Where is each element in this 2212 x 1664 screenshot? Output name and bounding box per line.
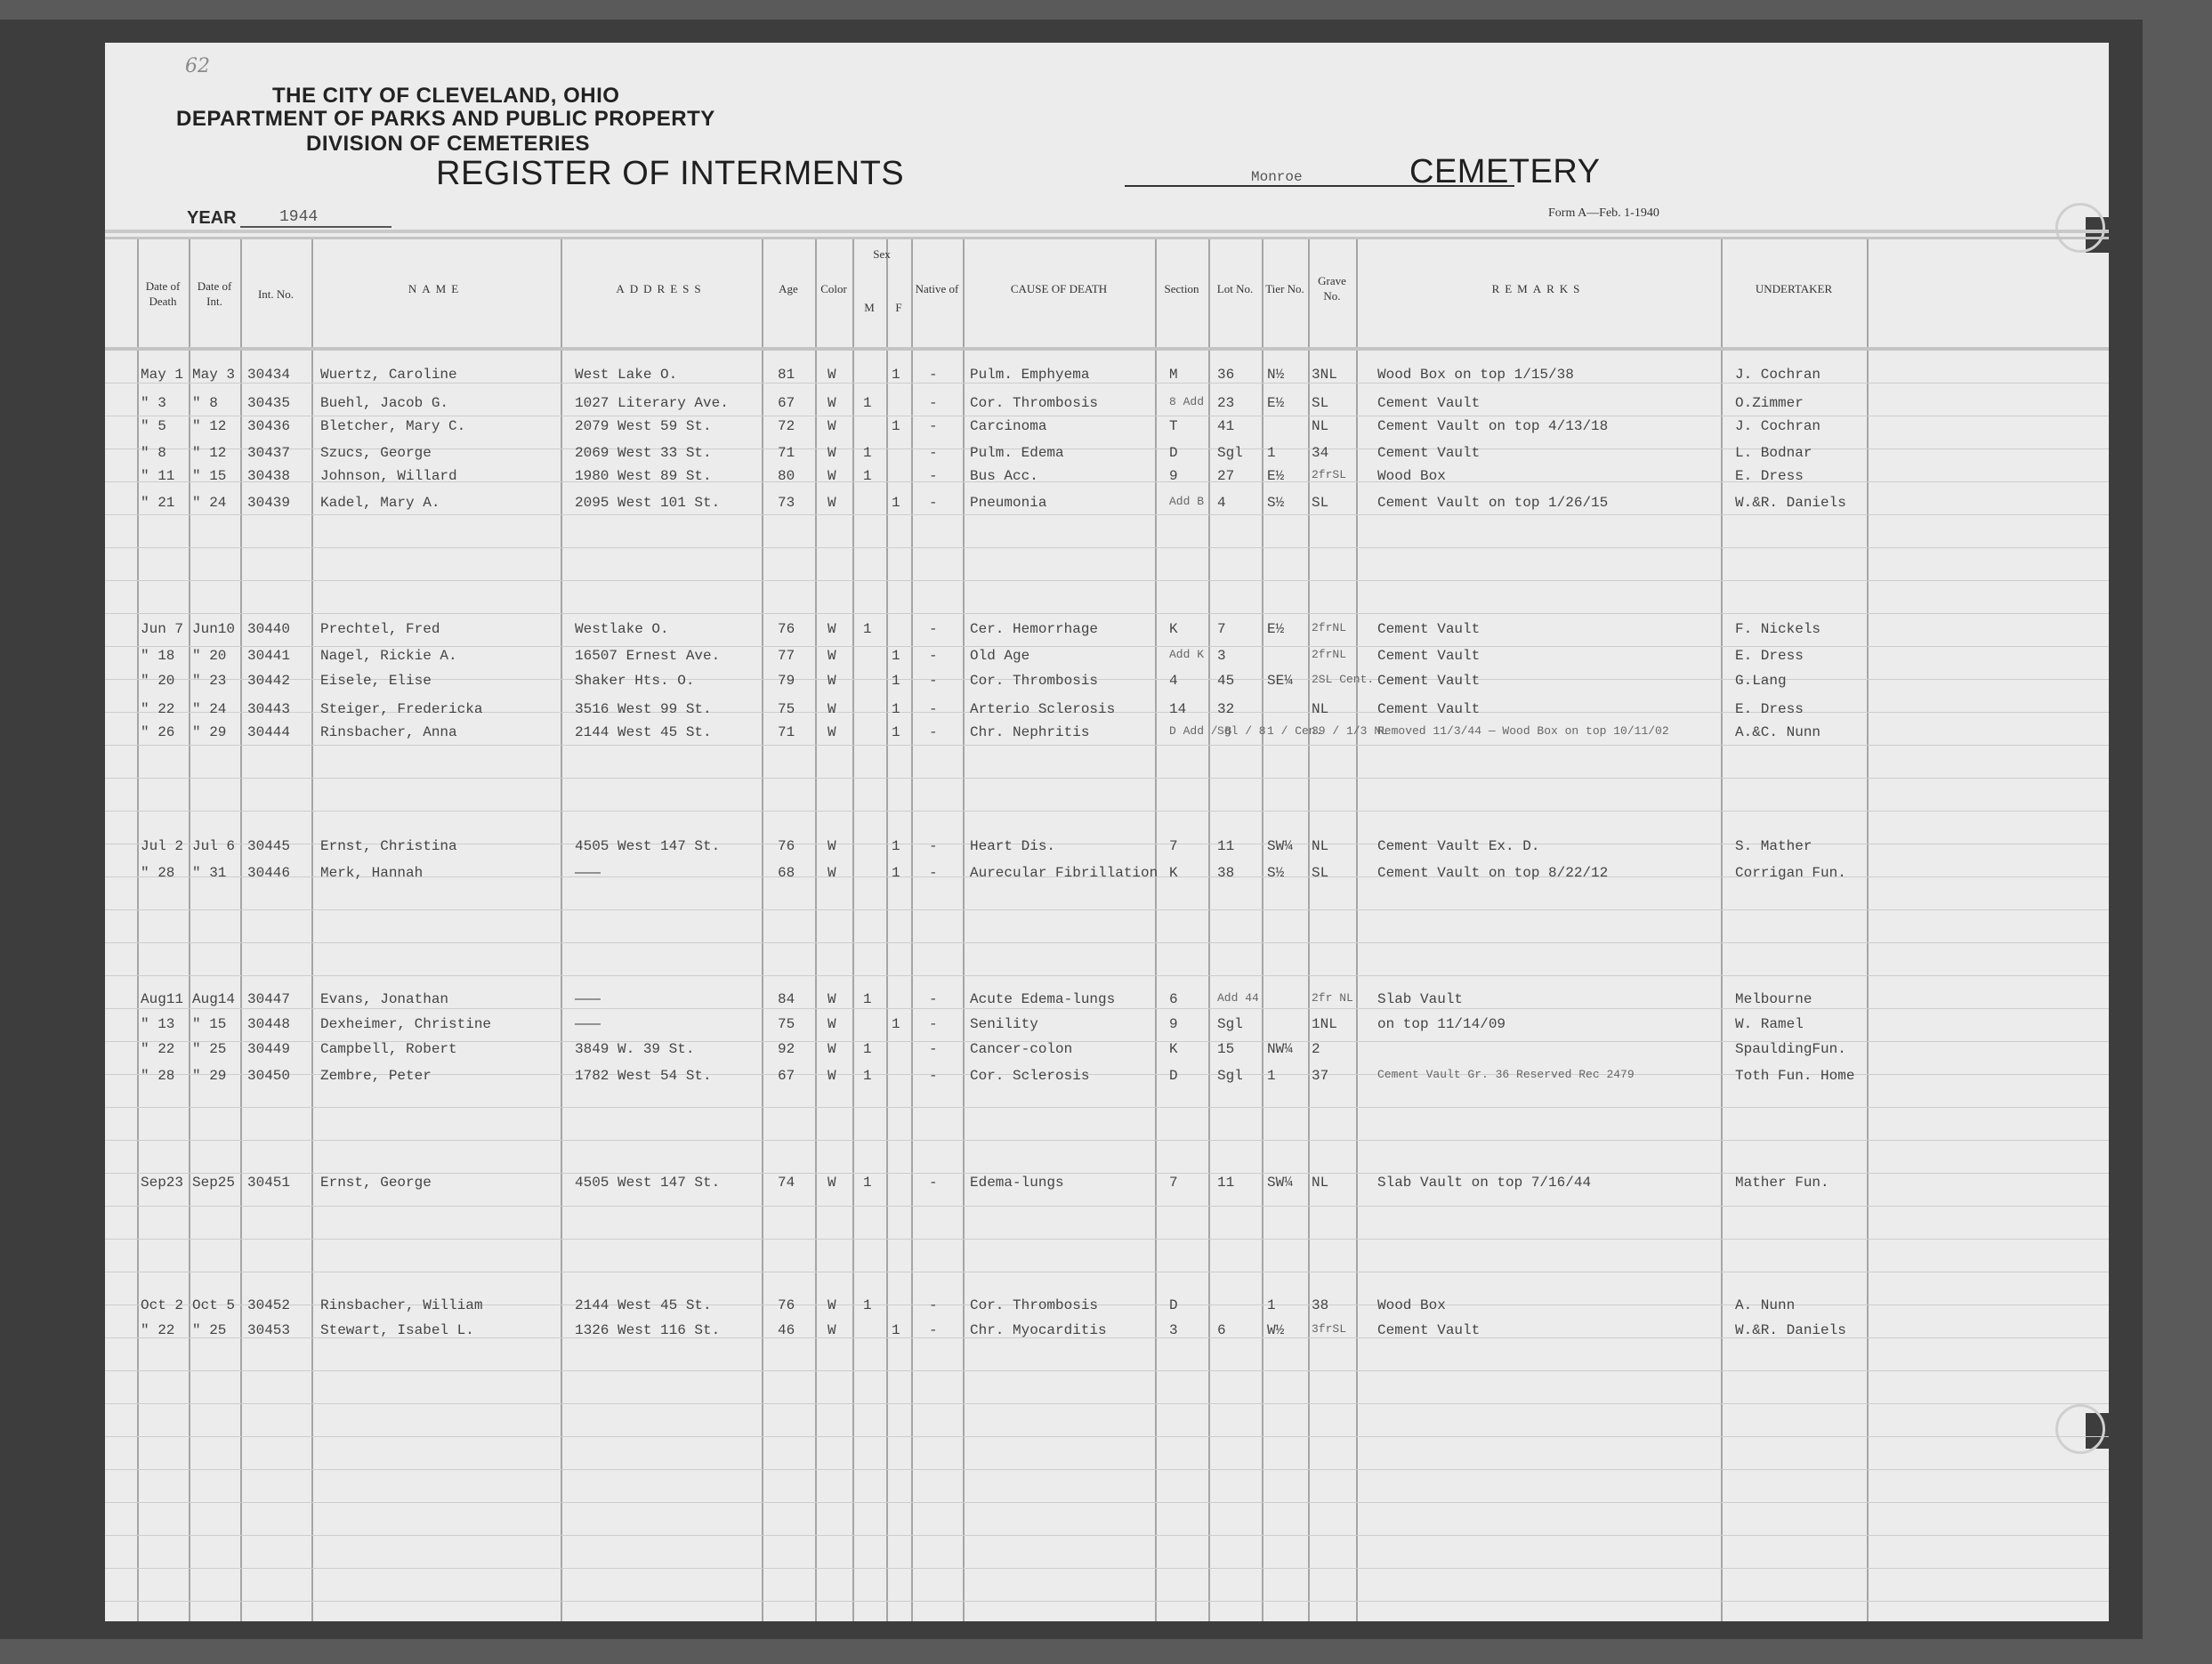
cell-address: 2144 West 45 St. <box>575 724 712 740</box>
cell-cause-of-death: Chr. Myocarditis <box>970 1322 1107 1338</box>
cell-age: 76 <box>778 1297 795 1313</box>
cell-int-no: 30434 <box>247 367 290 383</box>
cell-age: 74 <box>778 1175 795 1191</box>
cell-date-of-int: Jul 6 <box>192 838 235 854</box>
cell-color: W <box>827 838 836 854</box>
cell-tier-no: 1 <box>1267 445 1276 461</box>
cell-native-of: - <box>929 838 938 854</box>
cell-cause-of-death: Cer. Hemorrhage <box>970 621 1098 637</box>
cell-date-of-death: " 22 <box>141 701 174 717</box>
cell-name: Ernst, George <box>320 1175 432 1191</box>
cell-name: Wuertz, Caroline <box>320 367 457 383</box>
cell-int-no: 30451 <box>247 1175 290 1191</box>
cell-sex-f: 1 <box>892 673 900 689</box>
cell-grave-no: 1NL <box>1312 1016 1337 1032</box>
cell-name: Rinsbacher, Anna <box>320 724 457 740</box>
cell-tier-no: E½ <box>1267 468 1284 484</box>
col-header-native-of: Native of <box>911 244 963 333</box>
cell-address: West Lake O. <box>575 367 677 383</box>
cell-sex-m: 1 <box>863 468 872 484</box>
cell-lot-no: 3 <box>1217 648 1226 664</box>
cell-cause-of-death: Carcinoma <box>970 418 1046 434</box>
cell-native-of: - <box>929 865 938 881</box>
cell-section: M <box>1169 367 1178 383</box>
cell-remarks: Slab Vault <box>1377 991 1463 1007</box>
cell-date-of-int: " 15 <box>192 1016 226 1032</box>
cell-remarks: Cement Vault <box>1377 648 1480 664</box>
cell-tier-no: N½ <box>1267 367 1284 383</box>
cell-lot-no: 27 <box>1217 468 1234 484</box>
cell-int-no: 30438 <box>247 468 290 484</box>
cell-address: 1980 West 89 St. <box>575 468 712 484</box>
cell-sex-f: 1 <box>892 648 900 664</box>
cell-native-of: - <box>929 648 938 664</box>
cell-lot-no: Sgl <box>1217 445 1243 461</box>
cell-undertaker: Corrigan Fun. <box>1735 865 1846 881</box>
ruled-line <box>105 1140 2109 1141</box>
cell-age: 72 <box>778 418 795 434</box>
ruled-line <box>105 1272 2109 1272</box>
cell-date-of-int: " 24 <box>192 495 226 511</box>
cell-int-no: 30452 <box>247 1297 290 1313</box>
cell-int-no: 30440 <box>247 621 290 637</box>
cell-remarks: Wood Box <box>1377 468 1446 484</box>
cell-cause-of-death: Pulm. Edema <box>970 445 1064 461</box>
cell-remarks: Cement Vault Ex. D. <box>1377 838 1539 854</box>
cell-remarks: Cement Vault <box>1377 701 1480 717</box>
cell-color: W <box>827 468 836 484</box>
cell-native-of: - <box>929 724 938 740</box>
cell-date-of-int: Oct 5 <box>192 1297 235 1313</box>
col-header-age: Age <box>762 244 815 333</box>
cell-section: Add K <box>1169 648 1204 661</box>
cell-int-no: 30437 <box>247 445 290 461</box>
col-header-undertaker: UNDERTAKER <box>1721 244 1867 333</box>
cell-remarks: on top 11/14/09 <box>1377 1016 1506 1032</box>
cell-date-of-int: Aug14 <box>192 991 235 1007</box>
cell-native-of: - <box>929 701 938 717</box>
cell-age: 75 <box>778 701 795 717</box>
cell-color: W <box>827 418 836 434</box>
cell-int-no: 30448 <box>247 1016 290 1032</box>
cell-address: ——— <box>575 865 601 881</box>
cell-name: Evans, Jonathan <box>320 991 448 1007</box>
cell-section: 8 Add <box>1169 395 1204 408</box>
cell-color: W <box>827 621 836 637</box>
ruled-line <box>105 1436 2109 1437</box>
ruled-line <box>105 514 2109 515</box>
ruled-line <box>105 613 2109 614</box>
cell-age: 79 <box>778 673 795 689</box>
ruled-line <box>105 1601 2109 1602</box>
ruled-line <box>105 416 2109 416</box>
cell-color: W <box>827 1041 836 1057</box>
ruled-line <box>105 975 2109 976</box>
page-number: 62 <box>185 55 210 77</box>
cell-section: 6 <box>1169 991 1178 1007</box>
cell-lot-no: 11 <box>1217 838 1234 854</box>
cell-undertaker: W.&R. Daniels <box>1735 1322 1846 1338</box>
cell-color: W <box>827 1322 836 1338</box>
ruled-line <box>105 1008 2109 1009</box>
cell-address: 1782 West 54 St. <box>575 1068 712 1084</box>
cell-tier-no: SW¼ <box>1267 838 1293 854</box>
cell-remarks: Cement Vault <box>1377 1322 1480 1338</box>
cell-tier-no: S½ <box>1267 495 1284 511</box>
cell-age: 77 <box>778 648 795 664</box>
cell-remarks: Cement Vault <box>1377 673 1480 689</box>
cell-int-no: 30446 <box>247 865 290 881</box>
col-header-sex-f: F <box>886 276 911 338</box>
cell-age: 75 <box>778 1016 795 1032</box>
cell-address: 1326 West 116 St. <box>575 1322 720 1338</box>
cell-date-of-death: Jul 2 <box>141 838 183 854</box>
cell-int-no: 30439 <box>247 495 290 511</box>
cell-name: Dexheimer, Christine <box>320 1016 491 1032</box>
cell-cause-of-death: Chr. Nephritis <box>970 724 1089 740</box>
cell-name: Johnson, Willard <box>320 468 457 484</box>
cell-int-no: 30449 <box>247 1041 290 1057</box>
cell-section: K <box>1169 865 1178 881</box>
cell-address: 3516 West 99 St. <box>575 701 712 717</box>
ruled-line <box>105 1403 2109 1404</box>
cell-color: W <box>827 1297 836 1313</box>
cell-name: Bletcher, Mary C. <box>320 418 465 434</box>
cell-date-of-death: Aug11 <box>141 991 183 1007</box>
cell-tier-no: 1 <box>1267 1068 1276 1084</box>
cell-undertaker: J. Cochran <box>1735 367 1820 383</box>
cell-date-of-death: " 18 <box>141 648 174 664</box>
cell-undertaker: E. Dress <box>1735 468 1804 484</box>
cell-cause-of-death: Senility <box>970 1016 1038 1032</box>
cell-cause-of-death: Acute Edema-lungs <box>970 991 1115 1007</box>
cell-date-of-death: " 21 <box>141 495 174 511</box>
cell-date-of-int: " 24 <box>192 701 226 717</box>
cell-grave-no: 37 <box>1312 1068 1328 1084</box>
cell-name: Kadel, Mary A. <box>320 495 440 511</box>
cell-lot-no: 41 <box>1217 418 1234 434</box>
cell-native-of: - <box>929 445 938 461</box>
cell-sex-f: 1 <box>892 701 900 717</box>
cell-date-of-death: " 26 <box>141 724 174 740</box>
cell-date-of-death: May 1 <box>141 367 183 383</box>
cell-remarks: Wood Box on top 1/15/38 <box>1377 367 1574 383</box>
cell-grave-no: 3frSL <box>1312 1322 1346 1336</box>
cell-sex-f: 1 <box>892 1322 900 1338</box>
cell-lot-no: 6 <box>1217 1322 1226 1338</box>
cell-address: ——— <box>575 991 601 1007</box>
cell-grave-no: SL <box>1312 495 1328 511</box>
cell-remarks: Removed 11/3/44 — Wood Box on top 10/11/… <box>1377 724 1669 738</box>
col-header-sex: Sex <box>852 240 911 267</box>
cell-section: D <box>1169 1068 1178 1084</box>
cell-lot-no: 23 <box>1217 395 1234 411</box>
cell-undertaker: Melbourne <box>1735 991 1812 1007</box>
cell-int-no: 30435 <box>247 395 290 411</box>
cell-name: Stewart, Isabel L. <box>320 1322 474 1338</box>
cell-date-of-int: " 23 <box>192 673 226 689</box>
cell-sex-f: 1 <box>892 838 900 854</box>
cell-date-of-death: Sep23 <box>141 1175 183 1191</box>
cell-tier-no: E½ <box>1267 621 1284 637</box>
cell-age: 71 <box>778 724 795 740</box>
cell-date-of-int: " 25 <box>192 1322 226 1338</box>
cell-lot-no: 45 <box>1217 673 1234 689</box>
cell-address: 2079 West 59 St. <box>575 418 712 434</box>
cell-grave-no: 2SL Cent. <box>1312 673 1374 686</box>
cell-sex-f: 1 <box>892 418 900 434</box>
register-title: REGISTER OF INTERMENTS <box>436 155 904 193</box>
cell-address: 2144 West 45 St. <box>575 1297 712 1313</box>
cell-color: W <box>827 495 836 511</box>
ruled-line <box>105 778 2109 779</box>
col-header-grave-no: Grave No. <box>1308 244 1356 333</box>
cell-cause-of-death: Bus Acc. <box>970 468 1038 484</box>
cell-native-of: - <box>929 468 938 484</box>
cell-undertaker: J. Cochran <box>1735 418 1820 434</box>
col-header-tier-no: Tier No. <box>1262 244 1308 333</box>
cell-sex-f: 1 <box>892 367 900 383</box>
cell-lot-no: Add 44 <box>1217 991 1259 1005</box>
cell-age: 46 <box>778 1322 795 1338</box>
cell-tier-no: W½ <box>1267 1322 1284 1338</box>
ruled-line <box>105 909 2109 910</box>
header-rule <box>105 230 2109 233</box>
col-header-section: Section <box>1155 244 1208 333</box>
cell-date-of-int: May 3 <box>192 367 235 383</box>
cell-grave-no: SL <box>1312 865 1328 881</box>
col-header-date-of-death: Date of Death <box>137 244 189 343</box>
col-header-int-no: Int. No. <box>240 244 311 343</box>
cell-undertaker: S. Mather <box>1735 838 1812 854</box>
cell-date-of-death: " 20 <box>141 673 174 689</box>
cell-sex-m: 1 <box>863 1041 872 1057</box>
cell-remarks: Wood Box <box>1377 1297 1446 1313</box>
cell-native-of: - <box>929 367 938 383</box>
cell-grave-no: 2frNL <box>1312 648 1346 661</box>
cell-color: W <box>827 865 836 881</box>
ruled-line <box>105 1239 2109 1240</box>
cell-tier-no: NW¼ <box>1267 1041 1293 1057</box>
col-header-date-of-int: Date of Int. <box>189 244 240 343</box>
cemetery-name-value: Monroe <box>1251 169 1303 185</box>
cell-cause-of-death: Aurecular Fibrillation <box>970 865 1158 881</box>
cell-remarks: Cement Vault <box>1377 445 1480 461</box>
cell-lot-no: 15 <box>1217 1041 1234 1057</box>
cell-color: W <box>827 673 836 689</box>
cell-color: W <box>827 724 836 740</box>
cell-sex-f: 1 <box>892 724 900 740</box>
cell-cause-of-death: Pneumonia <box>970 495 1046 511</box>
cell-date-of-death: " 28 <box>141 865 174 881</box>
cell-age: 80 <box>778 468 795 484</box>
cell-section: 9 <box>1169 468 1178 484</box>
cell-cause-of-death: Edema-lungs <box>970 1175 1064 1191</box>
cell-grave-no: 3NL <box>1312 367 1337 383</box>
cell-int-no: 30443 <box>247 701 290 717</box>
cell-age: 76 <box>778 621 795 637</box>
col-header-lot-no: Lot No. <box>1208 244 1262 333</box>
ruled-line <box>105 745 2109 746</box>
cell-int-no: 30436 <box>247 418 290 434</box>
cell-lot-no: 7 <box>1217 621 1226 637</box>
col-header-color: Color <box>815 244 852 333</box>
cell-native-of: - <box>929 1016 938 1032</box>
cell-native-of: - <box>929 1322 938 1338</box>
cell-color: W <box>827 991 836 1007</box>
cell-grave-no: 2fr NL <box>1312 991 1353 1005</box>
cell-color: W <box>827 1016 836 1032</box>
cell-grave-no: 2frNL <box>1312 621 1346 634</box>
cell-sex-m: 1 <box>863 445 872 461</box>
cell-cause-of-death: Pulm. Emphyema <box>970 367 1089 383</box>
cell-section: 9 <box>1169 1016 1178 1032</box>
division-heading: DIVISION OF CEMETERIES <box>306 132 590 157</box>
year-label: YEAR <box>187 208 237 229</box>
cell-undertaker: W. Ramel <box>1735 1016 1804 1032</box>
cell-grave-no: 2frSL <box>1312 468 1346 481</box>
cell-lot-no: Sgl <box>1217 1068 1243 1084</box>
cell-date-of-int: " 25 <box>192 1041 226 1057</box>
cell-int-no: 30447 <box>247 991 290 1007</box>
cell-lot-no: 11 <box>1217 1175 1234 1191</box>
cell-grave-no: 39 / 1/3 NL <box>1312 724 1388 738</box>
cemetery-label: CEMETERY <box>1409 153 1600 191</box>
cell-color: W <box>827 648 836 664</box>
cell-tier-no: SW¼ <box>1267 1175 1293 1191</box>
cell-undertaker: A.&C. Nunn <box>1735 724 1820 740</box>
cell-date-of-int: " 12 <box>192 418 226 434</box>
cell-native-of: - <box>929 495 938 511</box>
cell-remarks: Cement Vault on top 4/13/18 <box>1377 418 1608 434</box>
cell-int-no: 30450 <box>247 1068 290 1084</box>
cell-age: 76 <box>778 838 795 854</box>
cell-sex-f: 1 <box>892 1016 900 1032</box>
cell-native-of: - <box>929 1068 938 1084</box>
cell-section: 3 <box>1169 1322 1178 1338</box>
cell-remarks: Cement Vault on top 8/22/12 <box>1377 865 1608 881</box>
cell-lot-no: 36 <box>1217 367 1234 383</box>
city-heading: THE CITY OF CLEVELAND, OHIO <box>272 84 619 109</box>
cell-date-of-death: " 13 <box>141 1016 174 1032</box>
cell-color: W <box>827 1175 836 1191</box>
cell-date-of-death: " 3 <box>141 395 166 411</box>
cell-age: 81 <box>778 367 795 383</box>
cell-grave-no: SL <box>1312 395 1328 411</box>
cell-date-of-death: Oct 2 <box>141 1297 183 1313</box>
cell-color: W <box>827 701 836 717</box>
cell-int-no: 30445 <box>247 838 290 854</box>
cell-remarks: Cement Vault Gr. 36 Reserved Rec 2479 <box>1377 1068 1635 1081</box>
cell-tier-no: S½ <box>1267 865 1284 881</box>
cell-date-of-death: " 11 <box>141 468 174 484</box>
ruled-line <box>105 1173 2109 1174</box>
ruled-line <box>105 1107 2109 1108</box>
cell-int-no: 30444 <box>247 724 290 740</box>
cell-age: 92 <box>778 1041 795 1057</box>
ruled-line <box>105 942 2109 943</box>
cell-grave-no: NL <box>1312 838 1328 854</box>
cell-date-of-int: " 12 <box>192 445 226 461</box>
cell-date-of-death: " 8 <box>141 445 166 461</box>
cell-date-of-int: " 15 <box>192 468 226 484</box>
cell-grave-no: NL <box>1312 1175 1328 1191</box>
cell-grave-no: 34 <box>1312 445 1328 461</box>
ruled-line <box>105 646 2109 647</box>
cell-sex-m: 1 <box>863 1297 872 1313</box>
cell-address: 4505 West 147 St. <box>575 1175 720 1191</box>
cell-undertaker: G.Lang <box>1735 673 1787 689</box>
cell-sex-f: 1 <box>892 865 900 881</box>
cell-section: 14 <box>1169 701 1186 717</box>
register-page: 62 THE CITY OF CLEVELAND, OHIO DEPARTMEN… <box>105 43 2109 1621</box>
cell-cause-of-death: Old Age <box>970 648 1029 664</box>
cell-grave-no: NL <box>1312 701 1328 717</box>
cell-date-of-int: Sep25 <box>192 1175 235 1191</box>
cell-section: 7 <box>1169 838 1178 854</box>
cell-section: D <box>1169 445 1178 461</box>
cell-section: K <box>1169 1041 1178 1057</box>
register-table: Date of Death Date of Int. Int. No. NAME… <box>105 237 2109 1621</box>
ruled-line <box>105 383 2109 384</box>
cell-int-no: 30442 <box>247 673 290 689</box>
cell-lot-no: Sgl <box>1217 1016 1243 1032</box>
cell-sex-m: 1 <box>863 1068 872 1084</box>
cell-tier-no: 1 <box>1267 1297 1276 1313</box>
cell-native-of: - <box>929 1041 938 1057</box>
cell-section: T <box>1169 418 1178 434</box>
cell-address: 3849 W. 39 St. <box>575 1041 694 1057</box>
cell-undertaker: L. Bodnar <box>1735 445 1812 461</box>
cell-tier-no: SE¼ <box>1267 673 1293 689</box>
cell-undertaker: Toth Fun. Home <box>1735 1068 1854 1084</box>
ruled-line <box>105 580 2109 581</box>
cell-name: Rinsbacher, William <box>320 1297 482 1313</box>
cell-undertaker: SpauldingFun. <box>1735 1041 1846 1057</box>
cell-sex-f: 1 <box>892 495 900 511</box>
year-value: 1944 <box>279 208 318 226</box>
cell-color: W <box>827 1068 836 1084</box>
cell-cause-of-death: Heart Dis. <box>970 838 1055 854</box>
cell-undertaker: F. Nickels <box>1735 621 1820 637</box>
cell-grave-no: 2 <box>1312 1041 1320 1057</box>
year-line <box>240 226 392 228</box>
cell-remarks: Cement Vault <box>1377 395 1480 411</box>
col-header-name: NAME <box>311 244 561 333</box>
cell-name: Steiger, Fredericka <box>320 701 482 717</box>
cell-age: 67 <box>778 395 795 411</box>
col-header-address: ADDRESS <box>561 244 762 333</box>
cell-address: ——— <box>575 1016 601 1032</box>
cell-native-of: - <box>929 991 938 1007</box>
cell-cause-of-death: Cor. Thrombosis <box>970 673 1098 689</box>
cell-age: 71 <box>778 445 795 461</box>
cell-age: 68 <box>778 865 795 881</box>
cell-native-of: - <box>929 1175 938 1191</box>
col-header-cause-of-death: CAUSE OF DEATH <box>963 244 1155 333</box>
cell-cause-of-death: Cor. Sclerosis <box>970 1068 1089 1084</box>
cell-date-of-int: " 8 <box>192 395 218 411</box>
cell-age: 67 <box>778 1068 795 1084</box>
cell-address: Shaker Hts. O. <box>575 673 694 689</box>
cell-date-of-death: " 22 <box>141 1322 174 1338</box>
cell-cause-of-death: Cor. Thrombosis <box>970 1297 1098 1313</box>
cell-grave-no: 38 <box>1312 1297 1328 1313</box>
cell-native-of: - <box>929 673 938 689</box>
col-header-remarks: REMARKS <box>1356 244 1721 333</box>
cell-color: W <box>827 395 836 411</box>
cell-lot-no: Sgl / 8 <box>1217 724 1266 738</box>
